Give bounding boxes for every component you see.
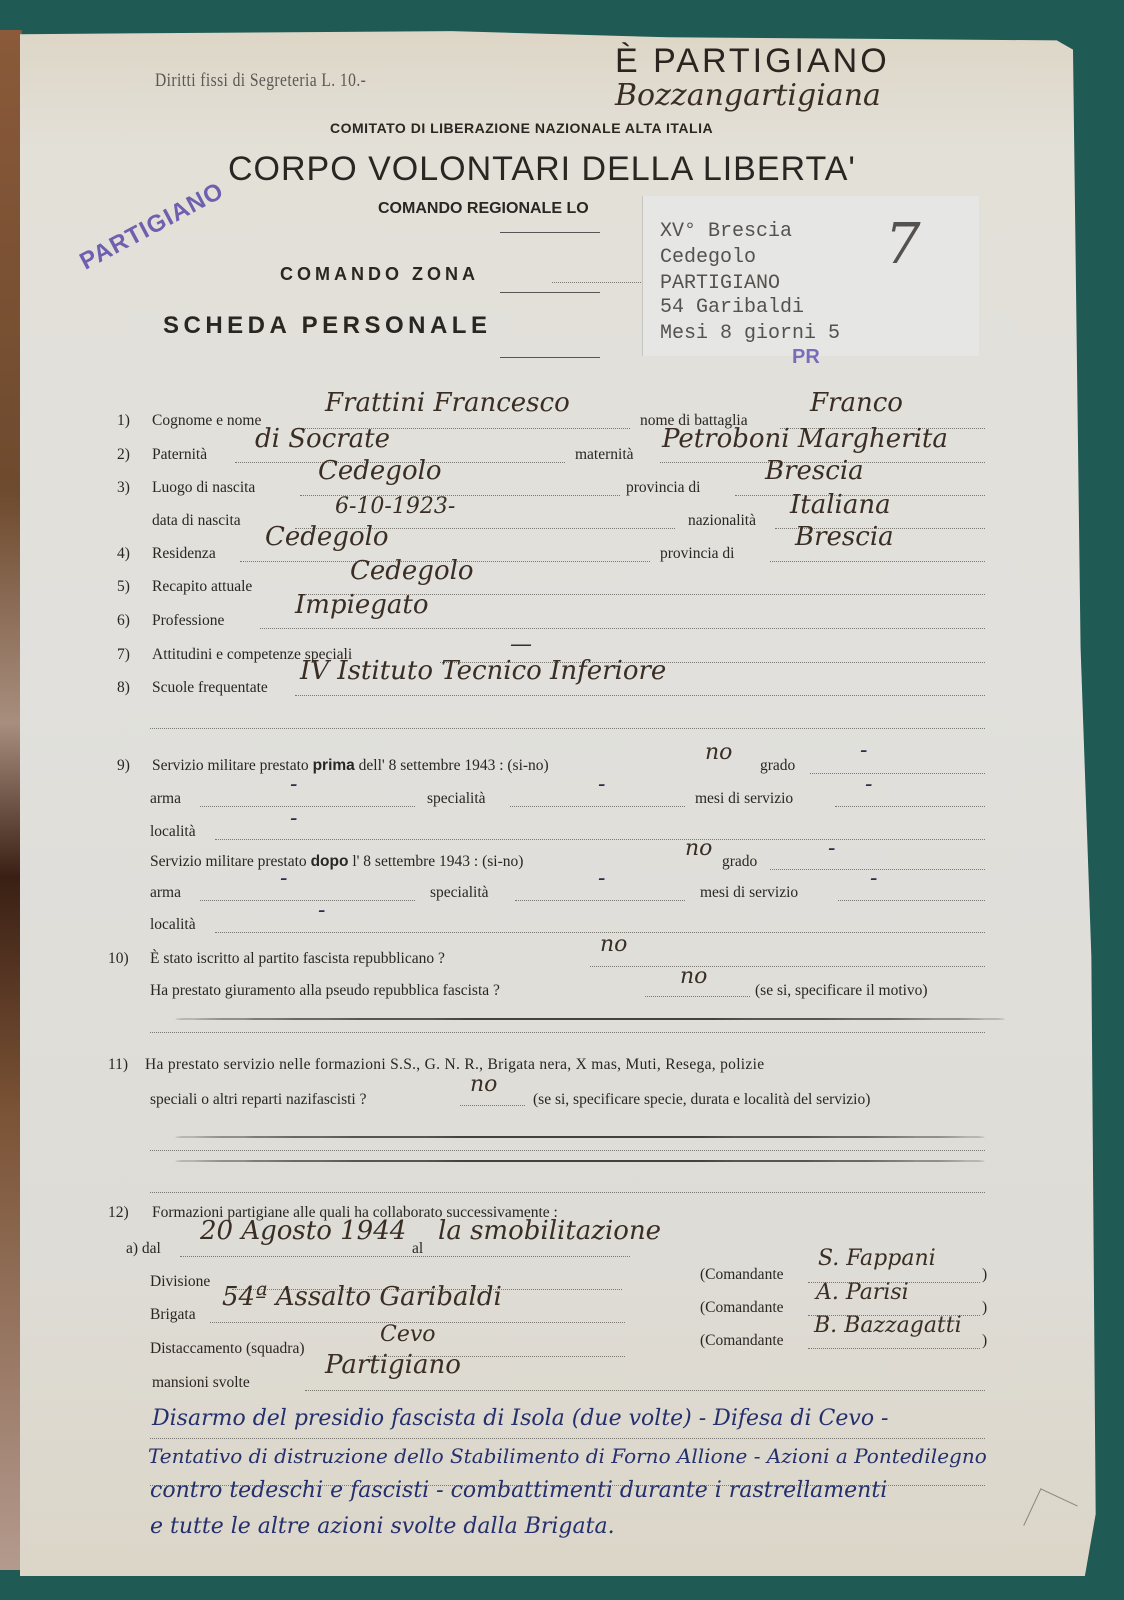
- zone-command-field: [552, 282, 647, 283]
- battle-name-value: Franco: [810, 388, 903, 418]
- oath-note: (se si, specificare il motivo): [755, 982, 928, 1000]
- field-number: 2): [117, 446, 130, 464]
- birthdate-value: 6-10-1923-: [335, 494, 455, 519]
- field-line: [150, 1032, 985, 1033]
- arm-label: arma: [150, 790, 181, 808]
- rank-value: -: [860, 738, 867, 763]
- field-line: [215, 839, 985, 840]
- paternity-value: di Socrate: [255, 424, 390, 454]
- military-after-label: Servizio militare prestato dopo l' 8 set…: [150, 853, 523, 871]
- nationality-label: nazionalità: [688, 512, 756, 530]
- rank-value: -: [828, 836, 835, 861]
- field-number: 11): [108, 1056, 128, 1074]
- maternity-label: maternità: [575, 446, 634, 464]
- field-line: [590, 966, 985, 967]
- field-line: [510, 806, 685, 807]
- annotation-signature: Bozzangartigiana: [615, 78, 881, 113]
- detachment-value: Cevo: [380, 1322, 436, 1347]
- zone-command-heading: COMANDO ZONA: [280, 264, 479, 285]
- corps-title: CORPO VOLONTARI DELLA LIBERTA': [228, 150, 856, 189]
- field-number: 9): [117, 757, 130, 775]
- nazi-service-answer: no: [470, 1072, 497, 1097]
- field-line: [200, 806, 415, 807]
- fee-stamp: Diritti fissi di Segreteria L. 10.-: [155, 70, 366, 92]
- slip-line: XV° Brescia: [660, 220, 792, 243]
- duties-label: mansioni svolte: [152, 1374, 250, 1392]
- actions-line: Tentativo di distruzione dello Stabilime…: [148, 1444, 987, 1468]
- divider: [500, 357, 600, 358]
- period-to-label: al: [412, 1240, 423, 1258]
- field-line: [515, 900, 685, 901]
- field-line: [150, 1438, 985, 1439]
- division-commander-value: S. Fappani: [818, 1246, 936, 1271]
- field-line: [770, 561, 985, 562]
- commander-close: ): [982, 1266, 987, 1284]
- fascist-party-question: È stato iscritto al partito fascista rep…: [150, 950, 445, 968]
- field-number: 8): [117, 679, 130, 697]
- nazi-service-question: Ha prestato servizio nelle formazioni S.…: [145, 1056, 764, 1074]
- nazi-service-question-cont: speciali o altri reparti nazifascisti ?: [150, 1091, 366, 1109]
- field-number: 4): [117, 545, 130, 563]
- oath-question: Ha prestato giuramento alla pseudo repub…: [150, 982, 500, 1000]
- military-before-value: no: [705, 740, 732, 765]
- service-months-value: -: [870, 866, 877, 891]
- label-text: Servizio militare prestato: [152, 757, 309, 774]
- slip-line: Mesi 8 giorni 5: [660, 322, 840, 345]
- period-from-label: a) dal: [126, 1240, 161, 1258]
- divider: [500, 292, 600, 293]
- field-line: [150, 1150, 985, 1151]
- schools-value: IV Istituto Tecnico Inferiore: [300, 656, 666, 686]
- schools-label: Scuole frequentate: [152, 679, 268, 697]
- military-after-value: no: [685, 836, 712, 861]
- divider: [500, 232, 600, 233]
- annotation-e-partigiano: È PARTIGIANO: [615, 42, 890, 81]
- rank-label: grado: [760, 757, 795, 775]
- actions-line: contro tedeschi e fascisti - combattimen…: [150, 1478, 887, 1503]
- actions-line: Disarmo del presidio fascista di Isola (…: [152, 1406, 888, 1431]
- period-from-value: 20 Agosto 1944: [200, 1216, 406, 1246]
- birthplace-value: Cedegolo: [318, 456, 442, 486]
- field-number: 6): [117, 612, 130, 630]
- slip-line: Cedegolo: [660, 246, 756, 269]
- field-line: [770, 869, 985, 870]
- division-label: Divisione: [150, 1273, 210, 1291]
- strike-through-line: [175, 1018, 1005, 1020]
- field-number: 7): [117, 646, 130, 664]
- label-emphasis: dopo: [311, 853, 349, 870]
- commander-label: (Comandante: [700, 1332, 784, 1350]
- birthdate-label: data di nascita: [152, 512, 241, 530]
- regional-command-heading: COMANDO REGIONALE LO: [378, 200, 589, 218]
- strike-through-line: [175, 1160, 985, 1162]
- paternity-label: Paternità: [152, 446, 207, 464]
- birthplace-label: Luogo di nascita: [152, 479, 255, 497]
- service-months-label: mesi di servizio: [695, 790, 793, 808]
- label-text: dell' 8 settembre 1943 : (si-no): [359, 757, 549, 774]
- location-value: -: [318, 898, 325, 923]
- detachment-commander-value: B. Bazzagatti: [814, 1313, 962, 1338]
- field-number: 10): [108, 950, 129, 968]
- birth-province-value: Brescia: [765, 456, 864, 486]
- oath-answer: no: [680, 964, 707, 989]
- surname-name-label: Cognome e nome: [152, 412, 261, 430]
- arm-label: arma: [150, 884, 181, 902]
- skills-value: —: [510, 632, 532, 657]
- current-address-value: Cedegolo: [350, 556, 474, 586]
- military-before-label: Servizio militare prestato prima dell' 8…: [152, 757, 549, 775]
- field-line: [838, 900, 985, 901]
- slip-line: 54 Garibaldi: [660, 296, 804, 319]
- field-number: 12): [108, 1204, 129, 1222]
- field-number: 5): [117, 578, 130, 596]
- field-line: [150, 728, 985, 729]
- service-months-label: mesi di servizio: [700, 884, 798, 902]
- field-line: [835, 806, 985, 807]
- maternity-value: Petroboni Margherita: [662, 424, 948, 454]
- nationality-value: Italiana: [790, 490, 891, 520]
- background-binder-edge: [0, 30, 22, 1570]
- committee-heading: COMITATO DI LIBERAZIONE NAZIONALE ALTA I…: [330, 120, 713, 136]
- profession-label: Professione: [152, 612, 224, 630]
- brigade-value: 54ª Assalto Garibaldi: [222, 1282, 502, 1312]
- slip-line: PARTIGIANO: [660, 272, 780, 295]
- field-line: [808, 1348, 980, 1349]
- detachment-label: Distaccamento (squadra): [150, 1340, 305, 1358]
- label-text: l' 8 settembre 1943 : (si-no): [352, 853, 523, 870]
- fascist-party-answer: no: [600, 932, 627, 957]
- residence-label: Residenza: [152, 545, 216, 563]
- pr-stamp: PR: [792, 346, 820, 369]
- slip-handwritten-mark: 7: [885, 212, 921, 277]
- field-line: [305, 1390, 985, 1391]
- commander-label: (Comandante: [700, 1299, 784, 1317]
- brigade-commander-value: A. Parisi: [816, 1280, 909, 1305]
- location-label: località: [150, 916, 196, 934]
- field-line: [180, 1256, 630, 1257]
- birth-province-label: provincia di: [626, 479, 700, 497]
- brigade-label: Brigata: [150, 1306, 196, 1324]
- field-line: [295, 695, 985, 696]
- arm-value: -: [290, 772, 297, 797]
- commander-close: ): [982, 1332, 987, 1350]
- residence-province-value: Brescia: [795, 522, 894, 552]
- field-line: [645, 996, 750, 997]
- service-months-value: -: [865, 772, 872, 797]
- field-line: [460, 1105, 525, 1106]
- residence-province-label: provincia di: [660, 545, 734, 563]
- location-label: località: [150, 823, 196, 841]
- actions-line: e tutte le altre azioni svolte dalla Bri…: [150, 1514, 615, 1539]
- strike-through-line: [175, 1136, 985, 1138]
- surname-name-value: Frattini Francesco: [325, 388, 570, 418]
- specialty-value: -: [598, 866, 605, 891]
- current-address-label: Recapito attuale: [152, 578, 252, 596]
- period-to-value: la smobilitazione: [438, 1216, 661, 1246]
- duties-value: Partigiano: [325, 1350, 461, 1380]
- field-line: [200, 900, 415, 901]
- form-title: SCHEDA PERSONALE: [163, 312, 491, 340]
- field-line: [260, 628, 985, 629]
- profession-value: Impiegato: [295, 590, 429, 620]
- location-value: -: [290, 806, 297, 831]
- commander-close: ): [982, 1299, 987, 1317]
- specialty-value: -: [598, 772, 605, 797]
- rank-label: grado: [722, 853, 757, 871]
- commander-label: (Comandante: [700, 1266, 784, 1284]
- label-emphasis: prima: [313, 757, 355, 774]
- field-number: 1): [117, 412, 130, 430]
- field-number: 3): [117, 479, 130, 497]
- specialty-label: specialità: [427, 790, 486, 808]
- nazi-service-note: (se si, specificare specie, durata e loc…: [533, 1091, 870, 1109]
- field-line: [150, 1192, 985, 1193]
- arm-value: -: [280, 866, 287, 891]
- residence-value: Cedegolo: [265, 522, 389, 552]
- specialty-label: specialità: [430, 884, 489, 902]
- field-line: [810, 773, 985, 774]
